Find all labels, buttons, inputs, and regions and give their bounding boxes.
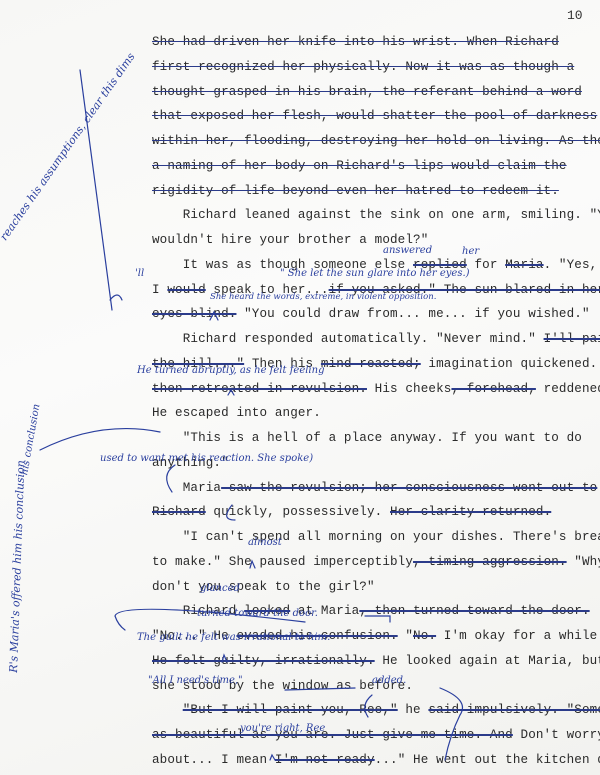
line-text: . "Yes,	[544, 258, 598, 272]
line-text: I	[152, 283, 167, 297]
line-text: Richard responded automatically. "Never …	[152, 332, 544, 346]
struck-text: He felt guilty, irrationally.	[152, 654, 375, 668]
line-text: I'm okay for a while."	[436, 629, 600, 643]
note-she-heard: She heard the words, extreme, in violent…	[210, 292, 436, 302]
line-text: about... I mean	[152, 753, 275, 767]
struck-text: "But I will paint you, Ree,"	[183, 703, 398, 717]
text-line: as beautiful as you are. Just give me ti…	[152, 728, 600, 742]
text-line: He escaped into anger.	[152, 406, 321, 420]
struck-text: I'll paint	[544, 332, 600, 346]
text-line: first recognized her physically. Now it …	[152, 60, 574, 74]
text-line: Richard responded automatically. "Never …	[152, 332, 600, 346]
note-ill: 'll	[135, 268, 144, 279]
note-almost: almost	[248, 537, 282, 548]
struck-text: first recognized her physically. Now it …	[152, 60, 574, 74]
struck-text: Her clarity returned.	[390, 505, 551, 519]
struck-text: rigidity of life beyond even her hatred …	[152, 184, 559, 198]
text-line: "But I will paint you, Ree," he said imp…	[152, 703, 600, 717]
line-text: Richard leaned against the sink on one a…	[152, 208, 600, 222]
text-line: "This is a hell of a place anyway. If yo…	[152, 431, 582, 445]
text-line: then retreated in revulsion. His cheeks,…	[152, 382, 600, 396]
struck-text: said impulsively. "Something	[428, 703, 600, 717]
text-line: don't you speak to the girl?"	[152, 580, 375, 594]
struck-text: would	[167, 283, 205, 297]
note-youre-right: you're right, Ree	[240, 723, 325, 734]
struck-text: that exposed her flesh, would shatter th…	[152, 109, 597, 123]
line-text: imagination quickened.	[421, 357, 598, 371]
struck-text: thought grasped in his brain, the refera…	[152, 85, 582, 99]
note-she-let-sun: " She let the sun glare into her eyes.)	[280, 268, 470, 279]
struck-text: Richard	[152, 505, 206, 519]
text-line: Richard quickly, possessively. Her clari…	[152, 505, 551, 519]
text-line: that exposed her flesh, would shatter th…	[152, 109, 597, 123]
note-turned-toward: turned toward the door.	[197, 608, 318, 619]
text-line: within her, flooding, destroying her hol…	[152, 134, 600, 148]
line-text: quickly, possessively.	[206, 505, 390, 519]
struck-text: , forehead,	[451, 382, 535, 396]
line-text: "This is a hell of a place anyway. If yo…	[152, 431, 582, 445]
line-text: to make." She paused imperceptibly	[152, 555, 413, 569]
line-text	[152, 703, 183, 717]
line-text: His cheeks	[367, 382, 451, 396]
line-text: "I can't spend all morning on your dishe…	[152, 530, 600, 544]
struck-text: a naming of her body on Richard's lips w…	[152, 159, 567, 173]
margin-note-upper: reaches his assumptions, clear this dims	[0, 50, 138, 243]
line-text: ..." He went out the kitchen door.	[375, 753, 600, 767]
note-he-turned: He turned abruptly, as he felt feeling	[137, 365, 324, 376]
line-text: He escaped into anger.	[152, 406, 321, 420]
text-line: thought grasped in his brain, the refera…	[152, 85, 582, 99]
text-line: to make." She paused imperceptibly, timi…	[152, 555, 600, 569]
struck-text: within her, flooding, destroying her hol…	[152, 134, 600, 148]
text-line: rigidity of life beyond even her hatred …	[152, 184, 559, 198]
note-all-i-need: "All I need's time,"	[148, 675, 243, 686]
manuscript-page: 10 She had driven her knife into his wri…	[0, 0, 600, 775]
text-line: Maria saw the revulsion; her consciousne…	[152, 481, 597, 495]
note-answered: answered	[383, 245, 432, 256]
note-the-guilt: The guilt he felt was irrational to him.	[137, 632, 330, 643]
struck-text: Maria	[505, 258, 543, 272]
struck-text: No.	[413, 629, 436, 643]
struck-text: saw the revulsion; her consciousness wen…	[221, 481, 597, 495]
margin-note-lower: R's Maria's offered him his conclusion	[7, 460, 27, 673]
line-text: reddened.	[536, 382, 600, 396]
struck-text: as beautiful as you are. Just give me ti…	[152, 728, 513, 742]
text-line: eyes blind. "You could draw from... me..…	[152, 307, 590, 321]
struck-text: then retreated in revulsion.	[152, 382, 367, 396]
struck-text: eyes blind.	[152, 307, 236, 321]
struck-text: mind reacted;	[321, 357, 421, 371]
line-text: don't you speak to the girl?"	[152, 580, 375, 594]
line-text: Maria	[152, 481, 221, 495]
line-text: "Why	[567, 555, 600, 569]
text-line: a naming of her body on Richard's lips w…	[152, 159, 567, 173]
struck-text: , then turned toward the door.	[359, 604, 589, 618]
text-line: She had driven her knife into his wrist.…	[152, 35, 559, 49]
struck-text: I'm not ready	[275, 753, 375, 767]
page-number: 10	[567, 8, 583, 23]
struck-text: She had driven her knife into his wrist.…	[152, 35, 559, 49]
line-text: for	[467, 258, 505, 272]
note-used-to-want: used to want met his reaction. She spoke…	[100, 453, 313, 464]
note-her: her	[462, 246, 479, 257]
line-text: "You could draw from... me... if you wis…	[236, 307, 589, 321]
text-line: He felt guilty, irrationally. He looked …	[152, 654, 600, 668]
note-glanced: glanced	[200, 583, 240, 594]
line-text: He looked again at Maria, but	[375, 654, 600, 668]
line-text: Don't worry	[513, 728, 600, 742]
text-line: about... I mean I'm not ready..." He wen…	[152, 753, 600, 767]
struck-text: , timing aggression.	[413, 555, 567, 569]
text-line: Richard leaned against the sink on one a…	[152, 208, 600, 222]
note-added: added.	[372, 675, 406, 686]
line-text: he	[398, 703, 429, 717]
text-line: "I can't spend all morning on your dishe…	[152, 530, 600, 544]
line-text: "	[398, 629, 413, 643]
